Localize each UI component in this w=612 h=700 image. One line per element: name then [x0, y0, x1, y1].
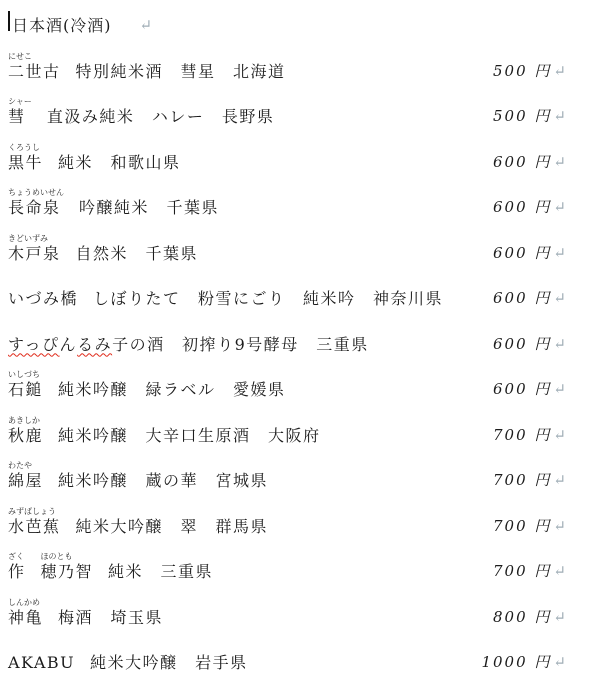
- brand-with-ruby: わたや 綿屋: [8, 461, 43, 491]
- item-text: しんかめ 神亀 梅酒 埼玉県: [8, 598, 163, 628]
- brand-name: 秋鹿: [8, 425, 43, 446]
- return-mark-icon: ↵: [553, 334, 566, 355]
- brand-name: 石鎚: [8, 379, 43, 400]
- item-description: 吟醸純米 千葉県: [79, 197, 219, 218]
- price-value: 600 円: [493, 197, 551, 218]
- price-group: 1000 円 ↵: [481, 652, 566, 673]
- price-group: 800 円 ↵: [493, 607, 566, 628]
- price-value: 600 円: [493, 379, 551, 400]
- item-text: あきしか 秋鹿 純米吟醸 大辛口生原酒 大阪府: [8, 416, 321, 446]
- item-description: 純米吟醸 緑ラベル 愛媛県: [58, 379, 286, 400]
- price-group: 600 円 ↵: [493, 243, 566, 264]
- item-description: 梅酒 埼玉県: [58, 607, 163, 628]
- price-value: 600 円: [493, 243, 551, 264]
- price-value: 700 円: [493, 470, 551, 491]
- price-value: 700 円: [493, 425, 551, 446]
- item-description: 純米吟醸 大辛口生原酒 大阪府: [58, 425, 321, 446]
- brand-with-ruby: きどいずみ 木戸泉: [8, 234, 61, 264]
- return-mark-icon: ↵: [553, 652, 566, 673]
- price-group: 500 円 ↵: [493, 106, 566, 127]
- item-text: くろうし 黒牛 純米 和歌山県: [8, 143, 181, 173]
- item-text: いづみ橋 しぼりたて 粉雪にごり 純米吟 神奈川県: [8, 288, 443, 309]
- item-text: すっぴんるみ子の酒 初搾り9号酵母 三重県: [8, 334, 369, 355]
- brand-name: 作: [8, 561, 26, 582]
- spellcheck-flagged-text: るみ: [77, 334, 112, 355]
- item-description: しぼりたて 粉雪にごり 純米吟 神奈川県: [93, 288, 443, 309]
- return-mark-icon: ↵: [553, 197, 566, 218]
- item-text: にせこ 二世古 特別純米酒 彗星 北海道: [8, 52, 286, 82]
- return-mark-icon: ↵: [553, 379, 566, 400]
- return-mark-icon: ↵: [553, 425, 566, 446]
- brand-with-ruby: くろうし 黒牛: [8, 143, 43, 173]
- item-description: 純米吟醸 蔵の華 宮城県: [58, 470, 268, 491]
- furigana: きどいずみ: [8, 234, 48, 243]
- item-text: わたや 綿屋 純米吟醸 蔵の華 宮城県: [8, 461, 268, 491]
- menu-item-akabu[interactable]: AKABU 純米大吟醸 岩手県 1000 円 ↵: [8, 628, 566, 674]
- price-group: 700 円 ↵: [493, 516, 566, 537]
- price-value: 600 円: [493, 152, 551, 173]
- item-description: 純米大吟醸 岩手県: [90, 652, 248, 673]
- title-line[interactable]: 日本酒(冷酒) ↵: [8, 6, 566, 36]
- item-text: ざく 作 ほのとも 穂乃智 純米 三重県: [8, 552, 213, 582]
- return-mark-icon: ↵: [553, 243, 566, 264]
- price-value: 1000 円: [481, 652, 551, 673]
- price-value: 800 円: [493, 607, 551, 628]
- menu-item-akishika[interactable]: あきしか 秋鹿 純米吟醸 大辛口生原酒 大阪府 700 円 ↵: [8, 400, 566, 446]
- item-description: 自然米 千葉県: [76, 243, 199, 264]
- price-group: 600 円 ↵: [493, 334, 566, 355]
- price-group: 700 円 ↵: [493, 425, 566, 446]
- price-group: 600 円 ↵: [493, 197, 566, 218]
- menu-item-shinkame[interactable]: しんかめ 神亀 梅酒 埼玉県 800 円 ↵: [8, 582, 566, 628]
- item-description: 直汲み純米 ハレー 長野県: [47, 106, 275, 127]
- brand-with-ruby: あきしか 秋鹿: [8, 416, 43, 446]
- price-value: 700 円: [493, 516, 551, 537]
- item-description: 子の酒 初搾り9号酵母 三重県: [112, 334, 369, 355]
- price-group: 500 円 ↵: [493, 61, 566, 82]
- return-mark-icon: ↵: [553, 106, 566, 127]
- furigana: ざく: [8, 552, 24, 561]
- price-group: 600 円 ↵: [493, 379, 566, 400]
- price-value: 600 円: [493, 334, 551, 355]
- text-cursor: [8, 11, 10, 31]
- brand-name: 長命泉: [8, 197, 61, 218]
- brand-name: 木戸泉: [8, 243, 61, 264]
- brand-with-ruby: シャー 彗: [8, 97, 32, 127]
- item-description: 純米大吟醸 翠 群馬県: [76, 516, 269, 537]
- furigana: わたや: [8, 461, 32, 470]
- price-group: 700 円 ↵: [493, 561, 566, 582]
- return-mark-icon: ↵: [140, 15, 154, 36]
- item-text: ちょうめいせん 長命泉 吟醸純米 千葉県: [8, 188, 219, 218]
- menu-item-izumibashi[interactable]: いづみ橋 しぼりたて 粉雪にごり 純米吟 神奈川県 600 円 ↵: [8, 264, 566, 310]
- brand-name: 神亀: [8, 607, 43, 628]
- brand-with-ruby: にせこ 二世古: [8, 52, 61, 82]
- page-title: 日本酒(冷酒): [12, 13, 112, 36]
- document-page: 日本酒(冷酒) ↵ にせこ 二世古 特別純米酒 彗星 北海道 500 円 ↵ シ…: [0, 0, 612, 700]
- brand-with-ruby: いしづち 石鎚: [8, 370, 43, 400]
- price-group: 700 円 ↵: [493, 470, 566, 491]
- spellcheck-flagged-text: すっぴ: [8, 334, 60, 355]
- return-mark-icon: ↵: [553, 470, 566, 491]
- brand-with-ruby: しんかめ 神亀: [8, 598, 43, 628]
- menu-item-wataya[interactable]: わたや 綿屋 純米吟醸 蔵の華 宮城県 700 円 ↵: [8, 446, 566, 492]
- price-value: 500 円: [493, 106, 551, 127]
- return-mark-icon: ↵: [553, 516, 566, 537]
- furigana: シャー: [8, 97, 32, 106]
- return-mark-icon: ↵: [553, 288, 566, 309]
- item-text: シャー 彗 直汲み純米 ハレー 長野県: [8, 97, 274, 127]
- item-description: 純米 三重県: [108, 561, 213, 582]
- price-value: 700 円: [493, 561, 551, 582]
- brand-with-ruby: ちょうめいせん 長命泉: [8, 188, 64, 218]
- brand-name: いづみ橋: [8, 288, 78, 309]
- brand-name: 黒牛: [8, 152, 43, 173]
- item-text: いしづち 石鎚 純米吟醸 緑ラベル 愛媛県: [8, 370, 286, 400]
- item-description: 特別純米酒 彗星 北海道: [76, 61, 286, 82]
- return-mark-icon: ↵: [553, 152, 566, 173]
- furigana: ちょうめいせん: [8, 188, 64, 197]
- item-text: きどいずみ 木戸泉 自然米 千葉県: [8, 234, 198, 264]
- brand-with-ruby: ざく 作: [8, 552, 26, 582]
- return-mark-icon: ↵: [553, 61, 566, 82]
- furigana: にせこ: [8, 52, 32, 61]
- menu-item-ishizuchi[interactable]: いしづち 石鎚 純米吟醸 緑ラベル 愛媛県 600 円 ↵: [8, 355, 566, 401]
- brand-with-ruby: みずばしょう 水芭蕉: [8, 507, 61, 537]
- menu-item-chomeisen[interactable]: ちょうめいせん 長命泉 吟醸純米 千葉県 600 円 ↵: [8, 173, 566, 219]
- menu-item-kidoizumi[interactable]: きどいずみ 木戸泉 自然米 千葉県 600 円 ↵: [8, 218, 566, 264]
- item-description: 純米 和歌山県: [58, 152, 181, 173]
- price-group: 600 円 ↵: [493, 152, 566, 173]
- brand-name: 綿屋: [8, 470, 43, 491]
- furigana: しんかめ: [8, 598, 40, 607]
- product-name: 穂乃智: [41, 561, 94, 582]
- menu-item-niseko[interactable]: にせこ 二世古 特別純米酒 彗星 北海道 500 円 ↵: [8, 36, 566, 82]
- furigana: いしづち: [8, 370, 40, 379]
- menu-item-kuroushi[interactable]: くろうし 黒牛 純米 和歌山県 600 円 ↵: [8, 127, 566, 173]
- item-text: AKABU 純米大吟醸 岩手県: [8, 652, 248, 673]
- menu-item-mizubasho[interactable]: みずばしょう 水芭蕉 純米大吟醸 翠 群馬県 700 円 ↵: [8, 491, 566, 537]
- price-value: 500 円: [493, 61, 551, 82]
- menu-item-suppin-rumiko[interactable]: すっぴんるみ子の酒 初搾り9号酵母 三重県 600 円 ↵: [8, 309, 566, 355]
- return-mark-icon: ↵: [553, 607, 566, 628]
- price-value: 600 円: [493, 288, 551, 309]
- menu-item-shaa[interactable]: シャー 彗 直汲み純米 ハレー 長野県 500 円 ↵: [8, 82, 566, 128]
- item-text: みずばしょう 水芭蕉 純米大吟醸 翠 群馬県: [8, 507, 268, 537]
- furigana: あきしか: [8, 416, 40, 425]
- brand-name: AKABU: [8, 652, 75, 673]
- furigana: ほのとも: [41, 552, 73, 561]
- price-group: 600 円 ↵: [493, 288, 566, 309]
- item-text-part: ん: [60, 334, 78, 355]
- furigana: くろうし: [8, 143, 40, 152]
- return-mark-icon: ↵: [553, 561, 566, 582]
- brand-name: 二世古: [8, 61, 61, 82]
- furigana: みずばしょう: [8, 507, 56, 516]
- menu-item-zaku[interactable]: ざく 作 ほのとも 穂乃智 純米 三重県 700 円 ↵: [8, 537, 566, 583]
- product-with-ruby: ほのとも 穂乃智: [41, 552, 94, 582]
- brand-name: 水芭蕉: [8, 516, 61, 537]
- brand-name: 彗: [8, 106, 26, 127]
